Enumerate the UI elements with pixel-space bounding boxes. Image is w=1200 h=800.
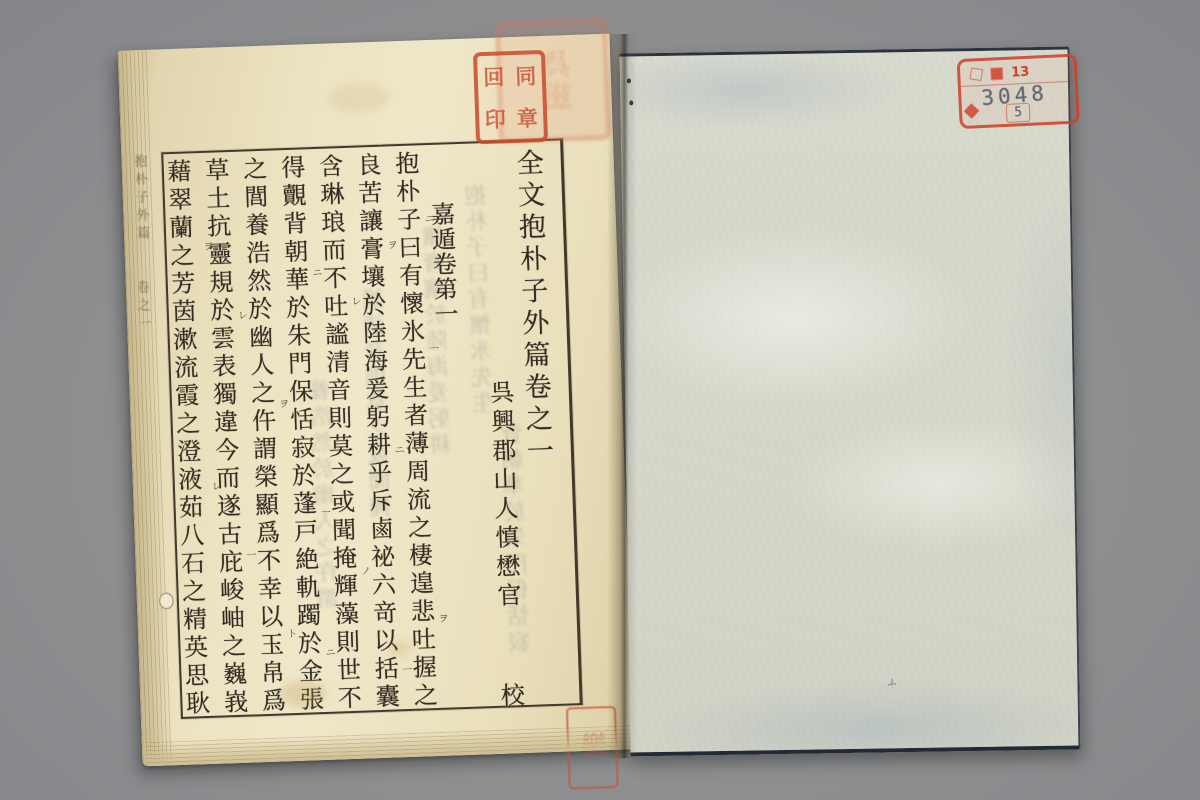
body-text-column: 藉翠蘭之芳茵漱流霞之澄液茹八石之精英思耿 [164, 158, 208, 718]
kunten-mark: ト [287, 630, 297, 640]
right-page: ふ 13 3048 5 [620, 47, 1081, 757]
collator-seal-glyph: 樂 [573, 731, 611, 764]
fore-edge-volume-label: 卷之一 [135, 280, 150, 334]
kunten-mark: ニ [326, 649, 336, 659]
kunten-mark: ヲ [203, 243, 213, 253]
binding-stitch-dot [629, 100, 633, 105]
library-accession-stamp: 13 3048 5 [957, 54, 1080, 130]
collation-character: 校 [498, 682, 523, 707]
stamp-box-icon [990, 67, 1004, 81]
kunten-mark: ヲ [439, 615, 449, 625]
kunten-mark: ニ [312, 269, 322, 279]
collator-name-column: 呉興郡山人慎懋官 [487, 379, 519, 612]
stamp-hash-icon [969, 67, 983, 81]
seal-script-glyph: 印 [479, 97, 512, 140]
kunten-mark: レ [238, 311, 248, 321]
kunten-mark: レ [212, 482, 222, 492]
kunten-mark: ニ [395, 446, 405, 456]
binding-stitch-dot [627, 78, 631, 83]
stamp-diamond-icon [964, 103, 980, 119]
fore-edge-title: 抱朴子外篇 [132, 154, 148, 244]
kunten-mark: ノ [361, 567, 371, 577]
kunten-mark: ヲ [279, 400, 289, 410]
stamp-header-number: 13 [1011, 64, 1030, 80]
kunten-mark: 一 [321, 509, 331, 519]
collator-seal-stamp: 樂 [566, 706, 619, 790]
kunten-mark: 一 [429, 345, 439, 355]
book-spread: 抱朴子外篇 卷之一 抱朴子曰有懷氷先生讓膏壤於陸海爰躬耕謐清音則莫之或聞掩背朝華… [0, 0, 1200, 800]
paper-stain [329, 81, 390, 113]
kunten-mark: ニ [425, 215, 435, 225]
seal-script-glyph: 回 [477, 55, 510, 98]
seal-script-glyph: 同 [509, 54, 542, 97]
text-frame: 抱朴子曰有懷氷先生讓膏壤於陸海爰躬耕謐清音則莫之或聞掩背朝華於朱門保恬寂養浩然於… [161, 138, 583, 719]
book-title-column: 全文抱朴子外篇卷之一 [513, 148, 551, 469]
stamp-sub-number: 5 [1006, 103, 1031, 123]
kunten-mark: 一 [402, 666, 412, 676]
kunten-mark: ヲ [387, 241, 397, 251]
kunten-mark: 一 [246, 551, 256, 561]
kunten-mark: レ [351, 297, 361, 307]
ink-speck: ふ [887, 680, 896, 686]
left-page: 抱朴子外篇 卷之一 抱朴子曰有懷氷先生讓膏壤於陸海爰躬耕謐清音則莫之或聞掩背朝華… [118, 34, 635, 767]
seal-script-glyph: 章 [511, 96, 544, 139]
wormhole-mark [159, 592, 175, 610]
body-text-column: 之閭養浩然於幽人之仵謂榮顯爲不幸以玉帛爲 [240, 156, 284, 716]
square-ownership-seal: 回同印章 [473, 50, 548, 144]
